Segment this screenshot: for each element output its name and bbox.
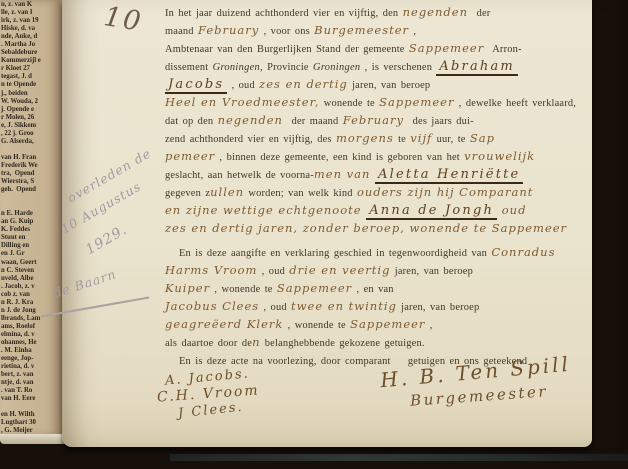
handwritten-text: Conradus [491,245,555,259]
register-photo: n, z. van Klle, z. van Iirk, z. van 19Hi… [0,0,628,469]
printed-text: , wonende te [283,320,350,331]
printed-text: zend achthonderd vier en vijftig, des [165,134,336,145]
printed-text: maand [165,26,198,37]
handwritten-text: vijf [410,131,432,145]
printed-text: der [468,8,490,19]
form-line: zes en dertig jaren, zonder beroep, wone… [165,219,593,237]
printed-text: , voor ons [259,26,314,37]
clipping-line: rietina, d. v [1,363,62,371]
newspaper-column: n, z. van Klle, z. van Iirk, z. van 19Hi… [0,0,62,436]
clipping-line: en H. Wilth [1,411,62,419]
form-line: geslacht, aan hetwelk de voorna-men van … [165,165,593,183]
clipping-line: ohannes, He [1,339,62,347]
form-line: Jacobs , oud zes en dertig jaren, van be… [165,75,593,93]
underlined-name: Jacobs [165,77,227,94]
clipping-line: lle, z. van I [1,9,62,17]
printed-text: , is verschenen [360,62,436,73]
printed-text: , oud [259,302,291,313]
form-line: En is deze aangifte en verklaring geschi… [165,243,593,261]
clipping-line: j., beiden [1,90,62,98]
printed-text: uur, te [432,134,470,145]
form-line: Harms Vroom , oud drie en veertig jaren,… [165,261,593,279]
handwritten-text: Sappemeer [409,41,484,55]
record-number: 10 [102,1,145,38]
handwritten-text: ullen [210,185,244,199]
clipping-line: van H. Eere [1,395,62,403]
printed-text: , wonende te [210,284,277,295]
handwritten-text: en zijne wettige echtgenoote [165,203,366,217]
clipping-line: tegast, J. d [1,73,62,81]
clipping-line: Hiske, d. va [1,25,62,33]
printed-text: , [425,320,432,331]
clipping-line: Dilling en [1,242,62,250]
form-line: pemeer , binnen deze gemeente, een kind … [165,147,593,165]
printed-text: gegeven z [165,188,210,199]
form-line: In het jaar duizend achthonderd vier en … [165,3,593,21]
handwritten-text: Sap [470,131,495,145]
handwritten-text: zes en dertig jaren, zonder beroep, wone… [165,221,567,235]
handwritten-text: twee en twintig [291,299,397,313]
printed-text: , oud [257,266,289,277]
clipping-line: j. Opende e [1,106,62,114]
clipping-line: . Martha Jo [1,41,62,49]
register-page: 10 In het jaar duizend achthonderd vier … [62,0,592,447]
form-line: Jacobus Clees , oud twee en twintig jare… [165,297,593,315]
printed-text: als daartoe door de [165,338,252,349]
clipping-line: Lugthart 30 [1,419,62,427]
clipping-line: nde, Anke, d [1,33,62,41]
clipping-line: nveld, Albe [1,275,62,283]
form-line: dat op den negenden der maand February d… [165,111,593,129]
handwritten-text: negenden [218,113,283,127]
clipping-line: n E. Harde [1,210,62,218]
clipping-line: n C. Steven [1,267,62,275]
printed-text: dat op den [165,116,218,127]
underlined-name: Anna de Jongh [366,203,497,220]
book-page-edges [592,0,628,452]
printed-text: te [394,134,411,145]
printed-text: geslacht, aan hetwelk de voorna- [165,170,314,181]
clipping-line: an G. Kuip [1,218,62,226]
clipping-line: n R. J. Kra [1,299,62,307]
handwritten-text: Jacobus Clees [165,299,259,313]
clipping-line: G. Alserda, [1,138,62,146]
clipping-line: . M. Einha [1,347,62,355]
handwritten-text: pemeer [165,149,215,163]
clipping-line: bert, z. van [1,371,62,379]
printed-text: , en van [352,284,394,295]
clipping-line: e, J. Sikkem [1,122,62,130]
form-line: Heel en Vroedmeester, wonende te Sappeme… [165,93,593,111]
clipping-line: W. Wouda, 2 [1,98,62,106]
form-line: geagreëerd Klerk , wonende te Sappemeer … [165,315,593,333]
clipping-line: ntje, d. van [1,379,62,387]
printed-text: , Provincie [260,62,313,73]
printed-text: dissement [165,62,213,73]
clipping-line: ams, Roelof [1,323,62,331]
handwritten-text: drie en veertig [289,263,390,277]
handwritten-text: Sappemeer [277,281,352,295]
printed-text: belanghebbende gekozene getuigen. [260,338,424,349]
handwritten-text: men van [314,167,375,181]
form-line: gegeven zullen worden; van welk kind oud… [165,183,593,201]
printed-text: jaren, van beroep [348,80,431,91]
clipping-line: Wierstra, S [1,178,62,186]
clipping-line: van H. Fran [1,154,62,162]
handwritten-text: ouders zijn hij Comparant [357,185,533,199]
clipping-line: lbrands, Lam [1,315,62,323]
birth-record-text: In het jaar duizend achthonderd vier en … [165,3,593,369]
printed-text: En is deze aangifte en verklaring geschi… [179,248,491,259]
form-line: en zijne wettige echtgenoote Anna de Jon… [165,201,593,219]
clipping-line: . van T. Ro [1,387,62,395]
printed-text: Ambtenaar van den Burgerlijken Stand der… [165,44,409,55]
underlined-name: Abraham [436,59,518,76]
handwritten-text: vrouwelijk [464,149,535,163]
clipping-line: elmina, d. v [1,331,62,339]
clipping-line: r Molen, 26 [1,114,62,122]
clipping-line: irk, z. van 19 [1,17,62,25]
printed-text: jaren, van beroep [397,302,480,313]
clipping-line: , 22 j. Groo [1,130,62,138]
form-line: dissement Groningen, Provincie Groningen… [165,57,593,75]
clipping-line: n te Opende [1,81,62,89]
handwritten-text: Sappemeer [350,317,425,331]
clipping-line: Stuut en [1,234,62,242]
handwritten-text: negenden [403,5,468,19]
printed-text: , [409,26,416,37]
clipping-line: Kommerzijl e [1,57,62,65]
printed-text-italic: Groningen [213,62,260,73]
printed-text: wonende te [319,98,379,109]
clipping-line: tra, Opend [1,170,62,178]
handwritten-text: February [343,113,404,127]
clipping-line: geh. Opend [1,186,62,194]
clipping-line [1,146,62,154]
clipping-line: eenge, Jop- [1,355,62,363]
form-line: Ambtenaar van den Burgerlijken Stand der… [165,39,593,57]
clipping-line: Sebaldebure [1,49,62,57]
printed-text: worden; van welk kind [244,188,357,199]
handwritten-text: February [198,23,259,37]
form-line: Kuiper , wonende te Sappemeer , en van [165,279,593,297]
printed-text: jaren, van beroep [390,266,473,277]
printed-text: , binnen deze gemeente, een kind is gebo… [215,152,464,163]
clipping-line: waan, Geert [1,259,62,267]
clipping-line: K. Feddes [1,226,62,234]
handwritten-text: geagreëerd Klerk [165,317,283,331]
printed-text-italic: Groningen [313,62,360,73]
printed-text: , oud [227,80,259,91]
printed-text: , dewelke heeft verklaard, [454,98,576,109]
handwritten-text: Burgemeester [314,23,409,37]
handwritten-text: Kuiper [165,281,210,295]
printed-text: der maand [283,116,343,127]
handwritten-text: Harms Vroom [165,263,257,277]
clipping-line [1,403,62,411]
handwritten-text: oud [497,203,526,217]
clipping-line: r Kloet 27 [1,65,62,73]
underlined-name: Aletta Henriëtte [375,167,523,184]
form-line: zend achthonderd vier en vijftig, des mo… [165,129,593,147]
printed-text: Arron- [484,44,522,55]
clipping-line: Frederik We [1,162,62,170]
newspaper-clipping: n, z. van Klle, z. van Iirk, z. van 19Hi… [0,0,62,436]
handwritten-text: Sappemeer [379,95,454,109]
handwritten-text: Heel en Vroedmeester, [165,95,319,109]
table-surface [170,454,628,461]
handwritten-text: morgens [336,131,394,145]
form-line: als daartoe door den belanghebbende geko… [165,333,593,351]
printed-text: In het jaar duizend achthonderd vier en … [165,8,403,19]
handwritten-text: zes en dertig [259,77,348,91]
printed-text: des jaars dui- [404,116,474,127]
clipping-line: n, z. van K [1,1,62,9]
clipping-line [1,194,62,202]
clipping-line: en J. Gr [1,250,62,258]
clipping-line [1,202,62,210]
form-line: maand February , voor ons Burgemeester , [165,21,593,39]
